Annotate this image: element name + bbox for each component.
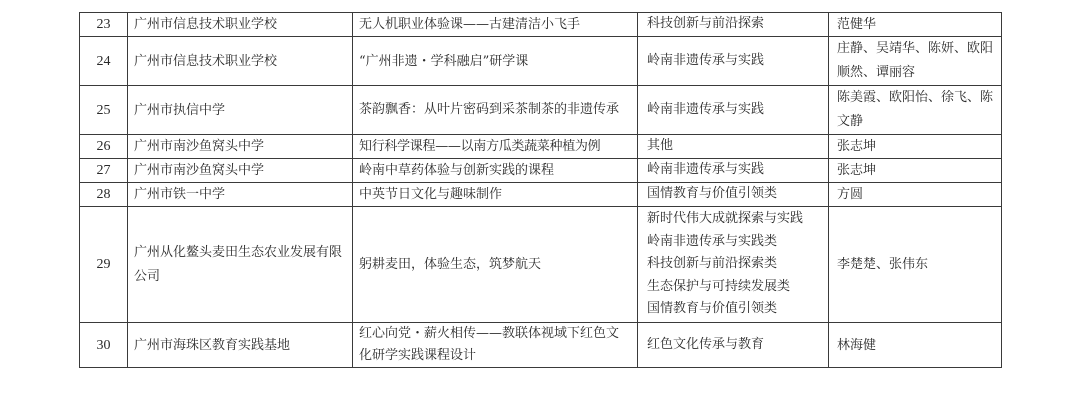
row-number: 28 — [80, 183, 128, 207]
teacher-cell: 李楚楚、张伟东 — [829, 207, 1002, 323]
row-number: 30 — [80, 323, 128, 368]
course-cell: 中英节日文化与趣味制作 — [353, 183, 638, 207]
table-row: 30 广州市海珠区教育实践基地 红心向党・薪火相传——教联体视域下红色文化研学实… — [80, 323, 1002, 368]
course-list-table: 23 广州市信息技术职业学校 无人机职业体验课——古建清洁小飞手 科技创新与前沿… — [79, 12, 1002, 368]
unit-cell: 广州市信息技术职业学校 — [128, 13, 353, 37]
table-row: 23 广州市信息技术职业学校 无人机职业体验课——古建清洁小飞手 科技创新与前沿… — [80, 13, 1002, 37]
unit-cell: 广州市铁一中学 — [128, 183, 353, 207]
category-line: 科技创新与前沿探索类 — [647, 253, 822, 276]
teacher-cell: 张志坤 — [829, 159, 1002, 183]
category-line: 红色文化传承与教育 — [647, 334, 822, 357]
unit-cell: 广州市南沙鱼窝头中学 — [128, 159, 353, 183]
course-cell: “广州非遗・学科融启”研学课 — [353, 37, 638, 86]
teacher-cell: 范健华 — [829, 13, 1002, 37]
row-number: 29 — [80, 207, 128, 323]
teacher-cell: 林海健 — [829, 323, 1002, 368]
unit-cell: 广州市南沙鱼窝头中学 — [128, 135, 353, 159]
category-cell: 科技创新与前沿探索 — [638, 13, 829, 37]
table-body: 23 广州市信息技术职业学校 无人机职业体验课——古建清洁小飞手 科技创新与前沿… — [80, 13, 1002, 368]
category-cell: 岭南非遗传承与实践 — [638, 86, 829, 135]
table-row: 29 广州从化鳌头麦田生态农业发展有限公司 躬耕麦田，体验生态，筑梦航天 新时代… — [80, 207, 1002, 323]
teacher-cell: 陈美霞、欧阳怡、徐飞、陈文静 — [829, 86, 1002, 135]
course-cell: 茶韵飘香：从叶片密码到采茶制茶的非遗传承 — [353, 86, 638, 135]
category-line: 岭南非遗传承与实践 — [647, 159, 822, 182]
row-number: 26 — [80, 135, 128, 159]
teacher-cell: 庄静、吴靖华、陈妍、欧阳顺然、谭丽容 — [829, 37, 1002, 86]
row-number: 27 — [80, 159, 128, 183]
category-cell: 岭南非遗传承与实践 — [638, 159, 829, 183]
course-cell: 无人机职业体验课——古建清洁小飞手 — [353, 13, 638, 37]
unit-cell: 广州市海珠区教育实践基地 — [128, 323, 353, 368]
table-row: 24 广州市信息技术职业学校 “广州非遗・学科融启”研学课 岭南非遗传承与实践 … — [80, 37, 1002, 86]
category-cell: 红色文化传承与教育 — [638, 323, 829, 368]
course-cell: 躬耕麦田，体验生态，筑梦航天 — [353, 207, 638, 323]
row-number: 23 — [80, 13, 128, 37]
course-cell: 岭南中草药体验与创新实践的课程 — [353, 159, 638, 183]
unit-cell: 广州从化鳌头麦田生态农业发展有限公司 — [128, 207, 353, 323]
category-line: 国情教育与价值引领类 — [647, 298, 822, 321]
table-row: 27 广州市南沙鱼窝头中学 岭南中草药体验与创新实践的课程 岭南非遗传承与实践 … — [80, 159, 1002, 183]
table-row: 26 广州市南沙鱼窝头中学 知行科学课程——以南方瓜类蔬菜种植为例 其他 张志坤 — [80, 135, 1002, 159]
category-cell: 其他 — [638, 135, 829, 159]
course-cell: 知行科学课程——以南方瓜类蔬菜种植为例 — [353, 135, 638, 159]
row-number: 24 — [80, 37, 128, 86]
category-cell: 新时代伟大成就探索与实践 岭南非遗传承与实践类 科技创新与前沿探索类 生态保护与… — [638, 207, 829, 323]
category-line: 其他 — [647, 135, 822, 158]
unit-cell: 广州市执信中学 — [128, 86, 353, 135]
row-number: 25 — [80, 86, 128, 135]
category-line: 岭南非遗传承与实践 — [647, 99, 822, 122]
teacher-cell: 方圆 — [829, 183, 1002, 207]
category-cell: 岭南非遗传承与实践 — [638, 37, 829, 86]
category-line: 国情教育与价值引领类 — [647, 183, 822, 206]
table-row: 28 广州市铁一中学 中英节日文化与趣味制作 国情教育与价值引领类 方圆 — [80, 183, 1002, 207]
unit-cell: 广州市信息技术职业学校 — [128, 37, 353, 86]
category-line: 新时代伟大成就探索与实践 — [647, 208, 822, 231]
table-row: 25 广州市执信中学 茶韵飘香：从叶片密码到采茶制茶的非遗传承 岭南非遗传承与实… — [80, 86, 1002, 135]
category-line: 生态保护与可持续发展类 — [647, 276, 822, 299]
category-line: 岭南非遗传承与实践类 — [647, 231, 822, 254]
course-cell: 红心向党・薪火相传——教联体视域下红色文化研学实践课程设计 — [353, 323, 638, 368]
category-line: 岭南非遗传承与实践 — [647, 50, 822, 73]
category-cell: 国情教育与价值引领类 — [638, 183, 829, 207]
teacher-cell: 张志坤 — [829, 135, 1002, 159]
category-line: 科技创新与前沿探索 — [647, 13, 822, 36]
